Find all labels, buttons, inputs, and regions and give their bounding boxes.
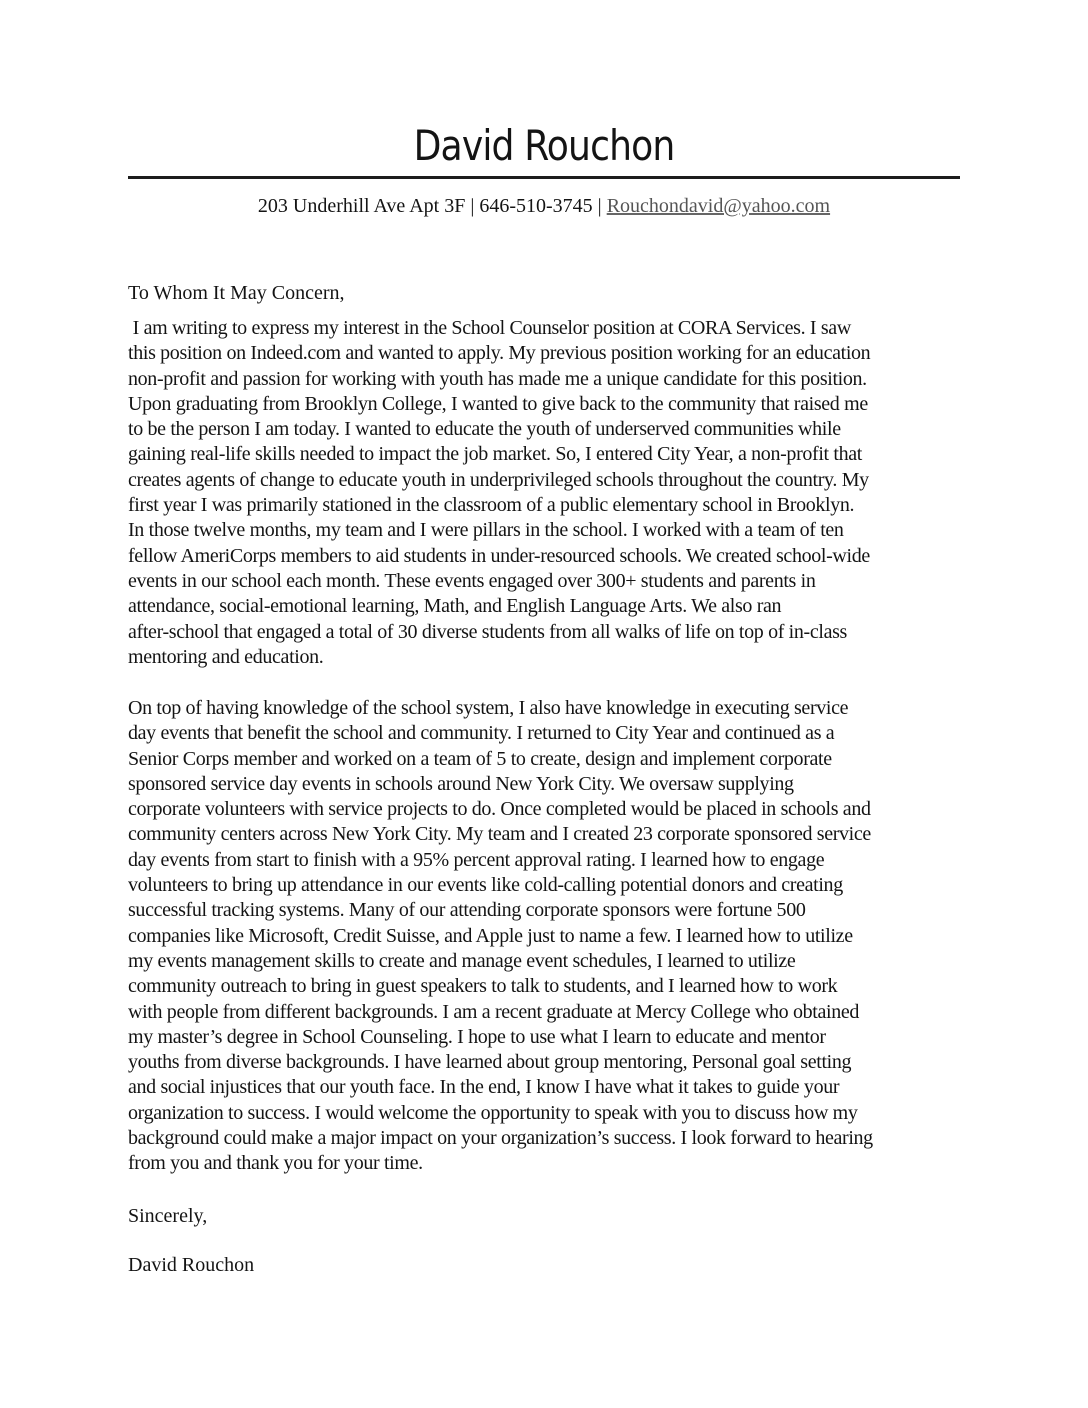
- paragraph-line: my master’s degree in School Counseling.…: [128, 1025, 968, 1050]
- paragraph-line: background could make a major impact on …: [128, 1126, 968, 1151]
- paragraph-line: companies like Microsoft, Credit Suisse,…: [128, 924, 968, 949]
- paragraph-line: attendance, social-emotional learning, M…: [128, 594, 968, 619]
- paragraph-line: day events from start to finish with a 9…: [128, 848, 968, 873]
- paragraph-line: volunteers to bring up attendance in our…: [128, 873, 968, 898]
- paragraph-line: to be the person I am today. I wanted to…: [128, 417, 968, 442]
- paragraph-line: with people from different backgrounds. …: [128, 1000, 968, 1025]
- paragraph-line: non-profit and passion for working with …: [128, 367, 968, 392]
- contact-email-link[interactable]: Rouchondavid@yahoo.com: [607, 195, 830, 217]
- body-paragraph-2: On top of having knowledge of the school…: [128, 696, 968, 1177]
- paragraph-line: fellow AmeriCorps members to aid student…: [128, 544, 968, 569]
- contact-separator: |: [593, 195, 607, 217]
- paragraph-line: organization to success. I would welcome…: [128, 1101, 968, 1126]
- paragraph-line: this position on Indeed.com and wanted t…: [128, 341, 968, 366]
- paragraph-line: sponsored service day events in schools …: [128, 772, 968, 797]
- paragraph-line: successful tracking systems. Many of our…: [128, 898, 968, 923]
- paragraph-line: creates agents of change to educate yout…: [128, 468, 968, 493]
- paragraph-line: day events that benefit the school and c…: [128, 721, 968, 746]
- paragraph-line: Upon graduating from Brooklyn College, I…: [128, 392, 968, 417]
- paragraph-line: events in our school each month. These e…: [128, 569, 968, 594]
- paragraph-line: On top of having knowledge of the school…: [128, 696, 968, 721]
- author-name-heading: David Rouchon: [76, 118, 1012, 174]
- paragraph-line: In those twelve months, my team and I we…: [128, 518, 968, 543]
- paragraph-line: corporate volunteers with service projec…: [128, 797, 968, 822]
- body-paragraph-1: I am writing to express my interest in t…: [128, 316, 968, 670]
- contact-separator: |: [465, 195, 479, 217]
- paragraph-line: Senior Corps member and worked on a team…: [128, 747, 968, 772]
- salutation: To Whom It May Concern,: [128, 280, 345, 306]
- contact-line: 203 Underhill Ave Apt 3F | 646-510-3745 …: [0, 193, 1088, 219]
- document-page: David Rouchon 203 Underhill Ave Apt 3F |…: [0, 0, 1088, 1408]
- paragraph-line: my events management skills to create an…: [128, 949, 968, 974]
- paragraph-line: gaining real-life skills needed to impac…: [128, 442, 968, 467]
- contact-address: 203 Underhill Ave Apt 3F: [258, 195, 465, 217]
- header-divider: [128, 176, 960, 179]
- paragraph-line: youths from diverse backgrounds. I have …: [128, 1050, 968, 1075]
- signature: David Rouchon: [128, 1252, 254, 1278]
- paragraph-line: mentoring and education.: [128, 645, 968, 670]
- paragraph-line: I am writing to express my interest in t…: [128, 316, 968, 341]
- contact-phone: 646-510-3745: [479, 195, 592, 217]
- paragraph-line: from you and thank you for your time.: [128, 1151, 968, 1176]
- paragraph-line: community centers across New York City. …: [128, 822, 968, 847]
- paragraph-line: community outreach to bring in guest spe…: [128, 974, 968, 999]
- paragraph-line: and social injustices that our youth fac…: [128, 1075, 968, 1100]
- closing: Sincerely,: [128, 1203, 207, 1229]
- paragraph-line: after-school that engaged a total of 30 …: [128, 620, 968, 645]
- paragraph-line: first year I was primarily stationed in …: [128, 493, 968, 518]
